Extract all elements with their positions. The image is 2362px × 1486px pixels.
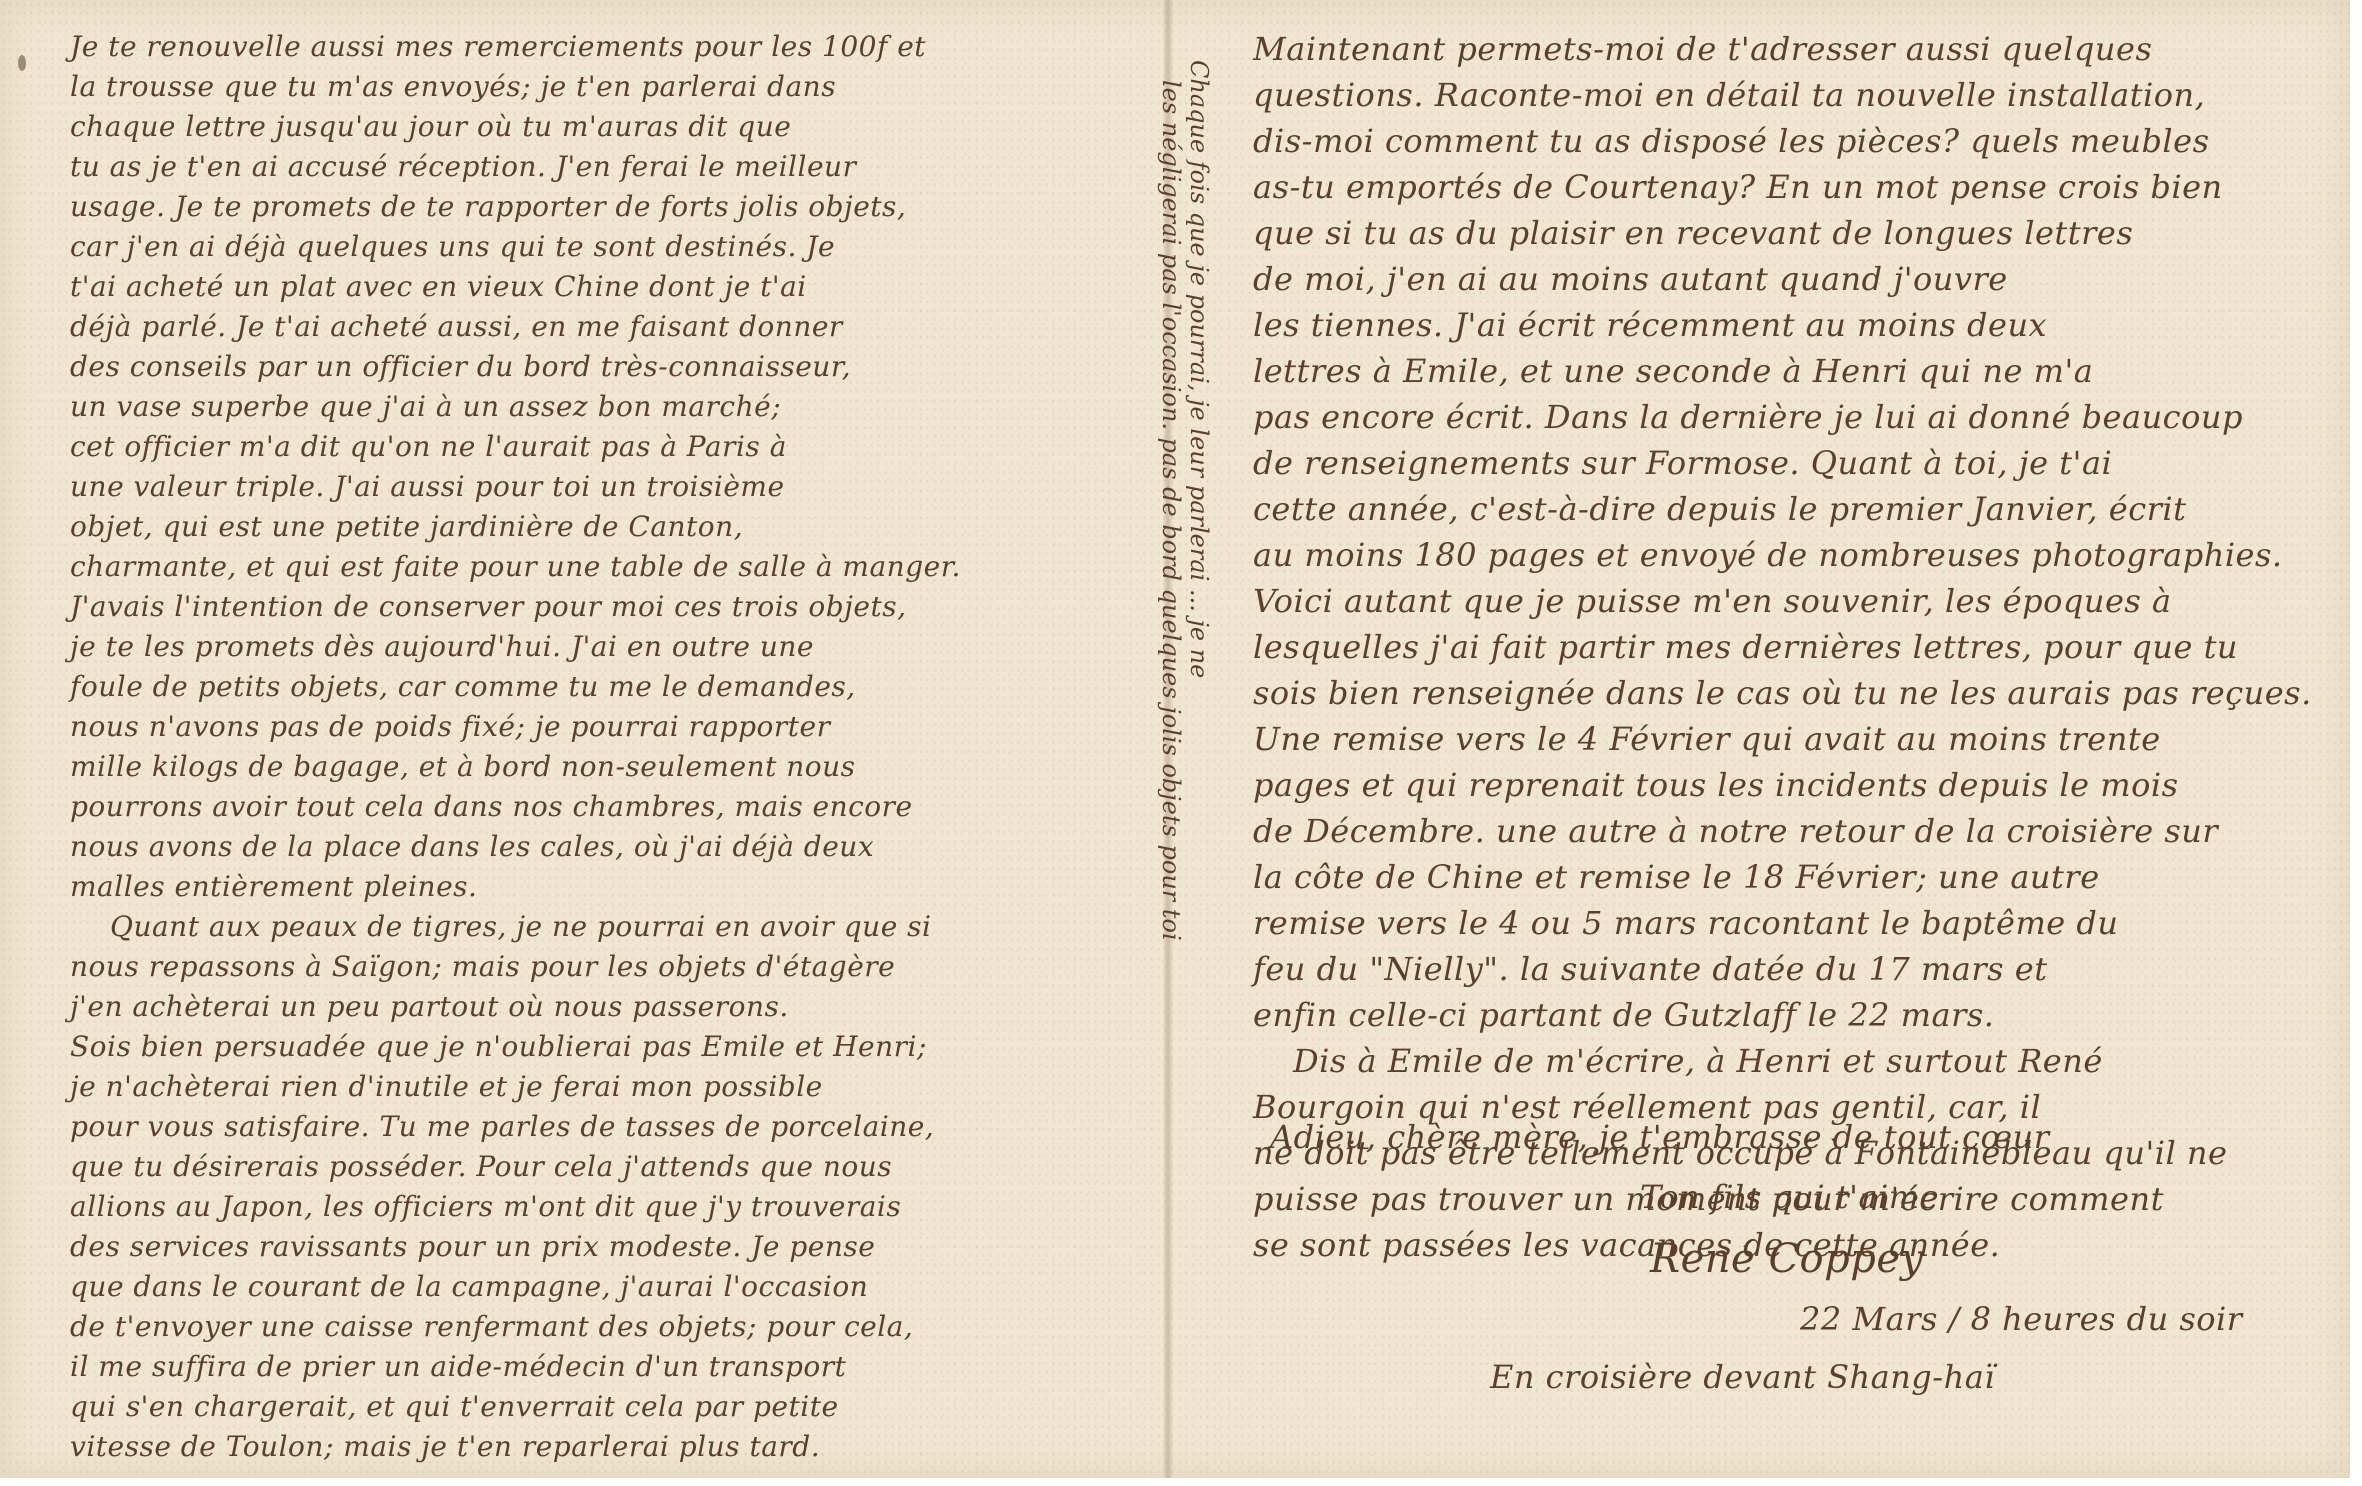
letter-line: feu du "Nielly". la suivante datée du 17… <box>1253 950 2048 988</box>
letter-line: nous repassons à Saïgon; mais pour les o… <box>70 950 895 983</box>
letter-line: de Décembre. une autre à notre retour de… <box>1253 812 2218 850</box>
margin-note-column-2: les négligerai pas l'occasion. pas de bo… <box>1157 80 1185 941</box>
left-page: Je te renouvelle aussi mes remerciements… <box>0 0 1163 1478</box>
letter-line: Voici autant que je puisse m'en souvenir… <box>1253 582 2172 620</box>
letter-line: des services ravissants pour un prix mod… <box>70 1230 875 1263</box>
letter-line: Sois bien persuadée que je n'oublierai p… <box>70 1030 927 1063</box>
letter-line: Dis à Emile de m'écrire, à Henri et surt… <box>1253 1042 2103 1080</box>
letter-line: Quant aux peaux de tigres, je ne pourrai… <box>70 910 932 943</box>
letter-line: nous n'avons pas de poids fixé; je pourr… <box>70 710 830 743</box>
letter-line: pas encore écrit. Dans la dernière je lu… <box>1253 398 2243 436</box>
letter-line: je n'achèterai rien d'inutile et je fera… <box>70 1070 823 1103</box>
letter-line: objet, qui est une petite jardinière de … <box>70 510 743 543</box>
letter-line: usage. Je te promets de te rapporter de … <box>70 190 906 223</box>
letter-line: tu as je t'en ai accusé réception. J'en … <box>70 150 856 183</box>
letter-line: foule de petits objets, car comme tu me … <box>70 670 856 703</box>
letter-line: chaque lettre jusqu'au jour où tu m'aura… <box>70 110 791 143</box>
letter-line: vitesse de Toulon; mais je t'en reparler… <box>70 1430 820 1463</box>
letter-line: enfin celle-ci partant de Gutzlaff le 22… <box>1253 996 1994 1034</box>
letter-line: mille kilogs de bagage, et à bord non-se… <box>70 750 856 783</box>
letter-line: une valeur triple. J'ai aussi pour toi u… <box>70 470 785 503</box>
letter-line: cette année, c'est-à-dire depuis le prem… <box>1253 490 2187 528</box>
letter-line: pages et qui reprenait tous les incident… <box>1253 766 2178 804</box>
date-line: 22 Mars / 8 heures du soir <box>1800 1300 2243 1338</box>
farewell-line: Adieu, chère mère, je t'embrasse de tout… <box>1270 1118 2050 1156</box>
letter-line: j'en achèterai un peu partout où nous pa… <box>70 990 789 1023</box>
valediction-line: Ton fils qui t'aime <box>1640 1178 1939 1216</box>
letter-line: Maintenant permets-moi de t'adresser aus… <box>1253 30 2152 68</box>
letter-line: J'avais l'intention de conserver pour mo… <box>70 590 906 623</box>
letter-line: cet officier m'a dit qu'on ne l'aurait p… <box>70 430 787 463</box>
letter-line: de t'envoyer une caisse renfermant des o… <box>70 1310 913 1343</box>
letter-line: car j'en ai déjà quelques uns qui te son… <box>70 230 835 263</box>
letter-line: je te les promets dès aujourd'hui. J'ai … <box>70 630 814 663</box>
letter-line: lettres à Emile, et une seconde à Henri … <box>1253 352 2093 390</box>
letter-line: remise vers le 4 ou 5 mars racontant le … <box>1253 904 2119 942</box>
place-line: En croisière devant Shang-haï <box>1490 1358 1995 1396</box>
letter-line: charmante, et qui est faite pour une tab… <box>70 550 961 583</box>
letter-line: les tiennes. J'ai écrit récemment au moi… <box>1253 306 2047 344</box>
letter-line: de renseignements sur Formose. Quant à t… <box>1253 444 2112 482</box>
letter-line: de moi, j'en ai au moins autant quand j'… <box>1253 260 2008 298</box>
letter-line: questions. Raconte-moi en détail ta nouv… <box>1253 76 2205 114</box>
letter-line: t'ai acheté un plat avec en vieux Chine … <box>70 270 807 303</box>
letter-line: Je te renouvelle aussi mes remerciements… <box>70 30 926 63</box>
letter-line: as-tu emportés de Courtenay? En un mot p… <box>1253 168 2223 206</box>
letter-line: sois bien renseignée dans le cas où tu n… <box>1253 674 2312 712</box>
letter-line: la côte de Chine et remise le 18 Février… <box>1253 858 2100 896</box>
letter-line: qui s'en chargerait, et qui t'enverrait … <box>70 1390 839 1423</box>
letter-line: la trousse que tu m'as envoyés; je t'en … <box>70 70 836 103</box>
letter-line: il me suffira de prier un aide-médecin d… <box>70 1350 846 1383</box>
letter-sheet: Je te renouvelle aussi mes remerciements… <box>0 0 2350 1478</box>
letter-line: un vase superbe que j'ai à un assez bon … <box>70 390 781 423</box>
signature: René Coppey <box>1650 1236 1924 1282</box>
margin-note-column-1: Chaque fois que je pourrai, je leur parl… <box>1185 60 1213 678</box>
letter-line: malles entièrement pleines. <box>70 870 477 903</box>
letter-line: au moins 180 pages et envoyé de nombreus… <box>1253 536 2283 574</box>
letter-line: des conseils par un officier du bord trè… <box>70 350 851 383</box>
letter-line: pour vous satisfaire. Tu me parles de ta… <box>70 1110 934 1143</box>
letter-line: que si tu as du plaisir en recevant de l… <box>1253 214 2133 252</box>
letter-line: nous avons de la place dans les cales, o… <box>70 830 874 863</box>
letter-line: pourrons avoir tout cela dans nos chambr… <box>70 790 913 823</box>
letter-line: allions au Japon, les officiers m'ont di… <box>70 1190 901 1223</box>
letter-line: que dans le courant de la campagne, j'au… <box>70 1270 868 1303</box>
letter-line: déjà parlé. Je t'ai acheté aussi, en me … <box>70 310 843 343</box>
letter-line: que tu désirerais posséder. Pour cela j'… <box>70 1150 892 1183</box>
letter-line: lesquelles j'ai fait partir mes dernière… <box>1253 628 2238 666</box>
letter-line: Une remise vers le 4 Février qui avait a… <box>1253 720 2161 758</box>
letter-line: dis-moi comment tu as disposé les pièces… <box>1253 122 2210 160</box>
